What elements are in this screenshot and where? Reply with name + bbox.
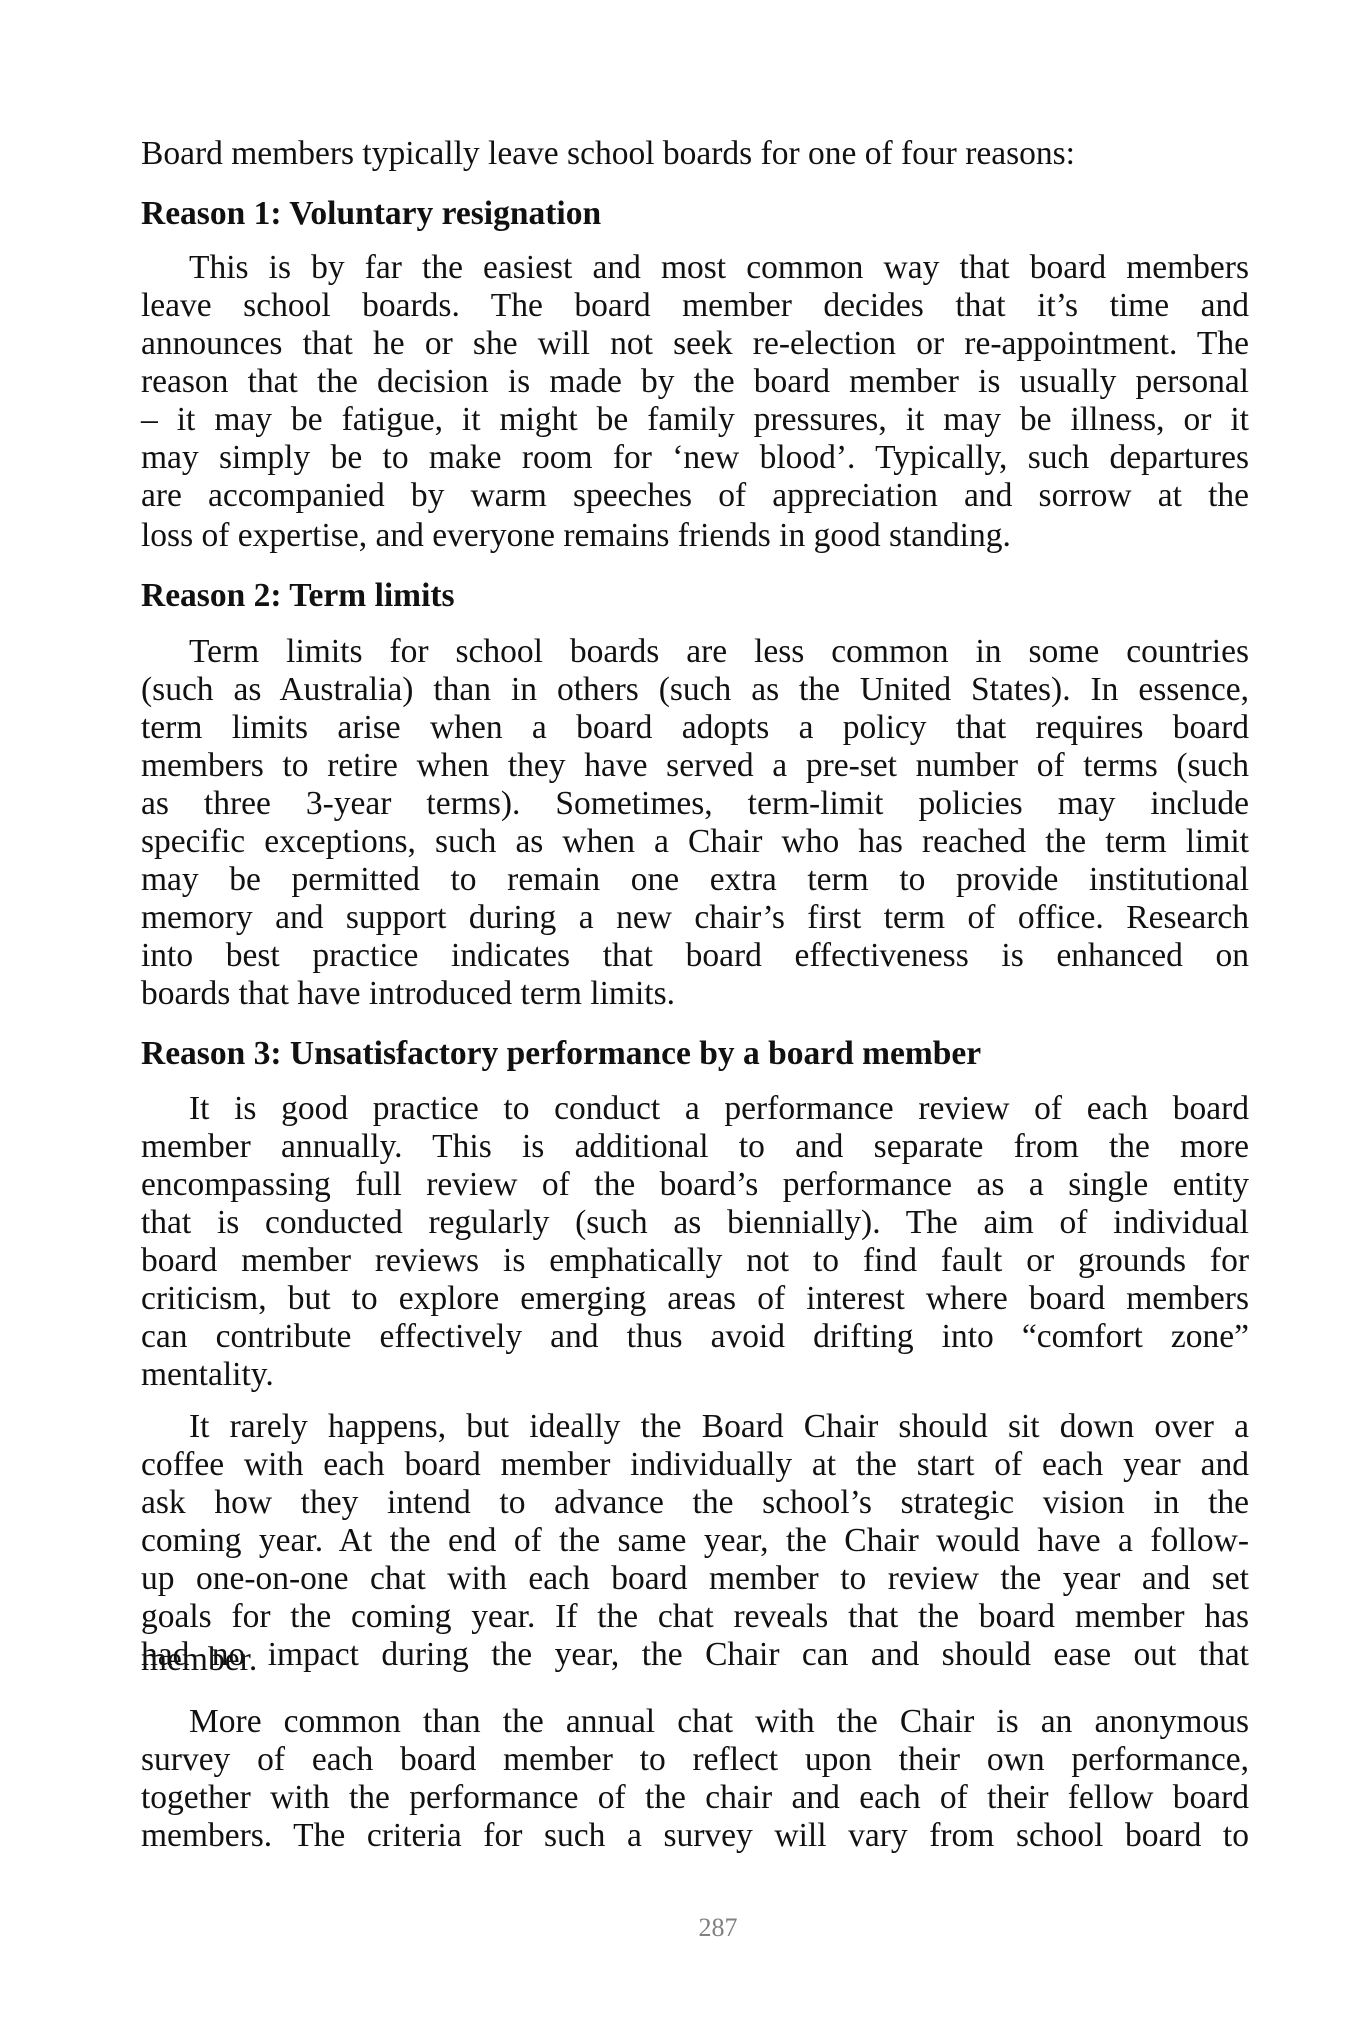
- text-line: – it may be fatigue, it might be family …: [141, 401, 1249, 439]
- text-line: This is by far the easiest and most comm…: [189, 249, 1249, 287]
- text-line: loss of expertise, and everyone remains …: [141, 517, 1249, 555]
- text-line: encompassing full review of the board’s …: [141, 1166, 1249, 1204]
- text-line: board member reviews is emphatically not…: [141, 1242, 1249, 1280]
- text-line: announces that he or she will not seek r…: [141, 325, 1249, 363]
- text-line: members. The criteria for such a survey …: [141, 1817, 1249, 1855]
- text-line: Term limits for school boards are less c…: [189, 633, 1249, 671]
- text-line: goals for the coming year. If the chat r…: [141, 1598, 1249, 1636]
- text-line: boards that have introduced term limits.: [141, 975, 1249, 1013]
- text-line: More common than the annual chat with th…: [189, 1703, 1249, 1741]
- text-line: that is conducted regularly (such as bie…: [141, 1204, 1249, 1242]
- text-line: memory and support during a new chair’s …: [141, 899, 1249, 937]
- text-line: coming year. At the end of the same year…: [141, 1522, 1249, 1560]
- text-line: specific exceptions, such as when a Chai…: [141, 823, 1249, 861]
- text-line: It rarely happens, but ideally the Board…: [189, 1408, 1249, 1446]
- text-line: member.: [141, 1641, 1249, 1679]
- text-line: may be permitted to remain one extra ter…: [141, 861, 1249, 899]
- text-line: survey of each board member to reflect u…: [141, 1741, 1249, 1779]
- section-heading-reason-3: Reason 3: Unsatisfactory performance by …: [141, 1035, 1249, 1073]
- text-line: members to retire when they have served …: [141, 747, 1249, 785]
- text-line: are accompanied by warm speeches of appr…: [141, 477, 1249, 515]
- text-line: member annually. This is additional to a…: [141, 1128, 1249, 1166]
- section-heading-reason-2: Reason 2: Term limits: [141, 577, 1249, 615]
- text-line: It is good practice to conduct a perform…: [189, 1090, 1249, 1128]
- text-line: (such as Australia) than in others (such…: [141, 671, 1249, 709]
- text-line: ask how they intend to advance the schoo…: [141, 1484, 1249, 1522]
- page-number: 287: [0, 1912, 1354, 1944]
- text-line: up one-on-one chat with each board membe…: [141, 1560, 1249, 1598]
- text-line: coffee with each board member individual…: [141, 1446, 1249, 1484]
- text-line: together with the performance of the cha…: [141, 1779, 1249, 1817]
- section-heading-reason-1: Reason 1: Voluntary resignation: [141, 195, 1249, 233]
- text-line: may simply be to make room for ‘new bloo…: [141, 439, 1249, 477]
- text-line: term limits arise when a board adopts a …: [141, 709, 1249, 747]
- text-line: leave school boards. The board member de…: [141, 287, 1249, 325]
- text-line: can contribute effectively and thus avoi…: [141, 1318, 1249, 1356]
- text-line: criticism, but to explore emerging areas…: [141, 1280, 1249, 1318]
- text-line: into best practice indicates that board …: [141, 937, 1249, 975]
- intro-text: Board members typically leave school boa…: [141, 135, 1249, 173]
- text-line: as three 3-year terms). Sometimes, term-…: [141, 785, 1249, 823]
- text-line: reason that the decision is made by the …: [141, 363, 1249, 401]
- text-line: mentality.: [141, 1356, 1249, 1394]
